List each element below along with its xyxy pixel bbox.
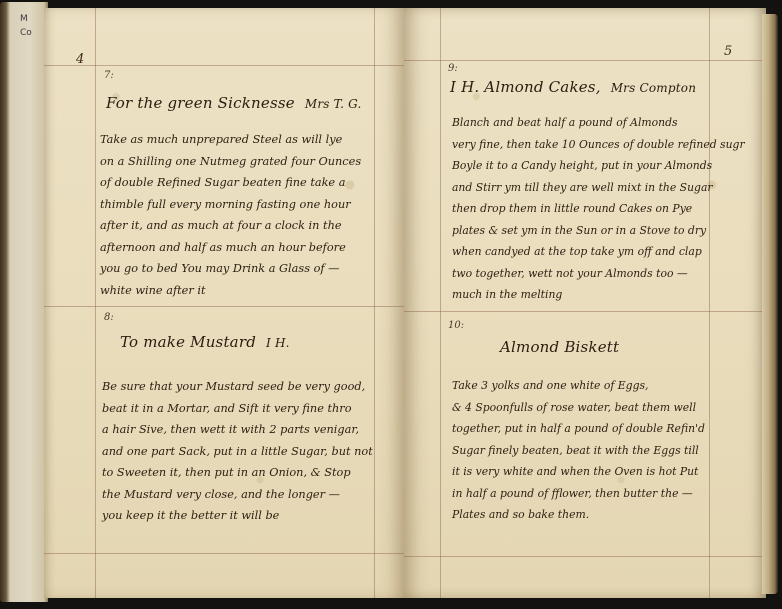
- recipe-line: Boyle it to a Candy height, put in your …: [452, 155, 745, 177]
- recipe-divider-rule: [44, 306, 404, 307]
- recipe-title-text: Almond Biskett: [500, 338, 619, 356]
- left-page: 4 7: For the green SicknesseMrs T. G. Ta…: [44, 8, 404, 598]
- recipe-line: together, put in half a pound of double …: [452, 418, 705, 440]
- recipe-title: For the green SicknesseMrs T. G.: [106, 94, 361, 112]
- recipe-line: on a Shilling one Nutmeg grated four Oun…: [100, 151, 361, 173]
- recipe-body: Take as much unprepared Steel as will ly…: [100, 129, 361, 301]
- recipe-line: plates & set ym in the Sun or in a Stove…: [452, 220, 745, 242]
- recipe-line: to Sweeten it, then put in an Onion, & S…: [102, 462, 373, 484]
- header-rule: [404, 60, 766, 61]
- recipe-title-text: To make Mustard: [120, 333, 256, 351]
- recipe-line: you keep it the better it will be: [102, 505, 373, 527]
- recipe-line: then drop them in little round Cakes on …: [452, 198, 745, 220]
- left-margin-rule: [440, 8, 441, 598]
- footer-rule: [44, 553, 404, 554]
- recipe-title: To make MustardI H.: [120, 333, 290, 351]
- page-number: 5: [724, 44, 732, 59]
- book-page-edges-right: [762, 14, 778, 594]
- recipe-body: Be sure that your Mustard seed be very g…: [102, 376, 373, 527]
- header-rule: [44, 65, 404, 66]
- recipe-line: when candyed at the top take ym off and …: [452, 241, 745, 263]
- recipe-attribution: Mrs T. G.: [305, 97, 362, 111]
- recipe-attribution: I H.: [266, 336, 290, 350]
- recipe-line: two together, wett not your Almonds too …: [452, 263, 745, 285]
- open-manuscript-book: M Co 4 7: For the green SicknesseMrs T. …: [0, 0, 782, 609]
- recipe-title-text: For the green Sicknesse: [106, 94, 295, 112]
- footer-rule: [404, 556, 766, 557]
- right-page: 5 9: I H. Almond Cakes,Mrs Compton Blanc…: [404, 8, 766, 598]
- recipe-attribution: Mrs Compton: [611, 81, 696, 95]
- recipe-body: Blanch and beat half a pound of Almonds …: [452, 112, 745, 306]
- recipe-line: and one part Sack, put in a little Sugar…: [102, 441, 373, 463]
- recipe-line: white wine after it: [100, 280, 361, 302]
- recipe-line: much in the melting: [452, 284, 745, 306]
- recipe-line: Take 3 yolks and one white of Eggs,: [452, 375, 705, 397]
- left-margin-rule: [95, 8, 96, 598]
- recipe-title-text: I H. Almond Cakes,: [450, 78, 601, 96]
- recipe-line: the Mustard very close, and the longer —: [102, 484, 373, 506]
- recipe-title: I H. Almond Cakes,Mrs Compton: [450, 78, 696, 96]
- recipe-line: beat it in a Mortar, and Sift it very fi…: [102, 398, 373, 420]
- recipe-line: and Stirr ym till they are well mixt in …: [452, 177, 745, 199]
- page-number: 4: [76, 52, 84, 67]
- recipe-number: 10:: [448, 320, 464, 331]
- recipe-line: Be sure that your Mustard seed be very g…: [102, 376, 373, 398]
- spine-label-line-2: Co: [20, 28, 32, 38]
- recipe-line: Take as much unprepared Steel as will ly…: [100, 129, 361, 151]
- recipe-line: thimble full every morning fasting one h…: [100, 194, 361, 216]
- recipe-line: Plates and so bake them.: [452, 504, 705, 526]
- recipe-line: & 4 Spoonfulls of rose water, beat them …: [452, 397, 705, 419]
- right-margin-rule: [374, 8, 375, 598]
- recipe-divider-rule: [404, 311, 766, 312]
- recipe-line: very fine, then take 10 Ounces of double…: [452, 134, 745, 156]
- recipe-line: after it, and as much at four a clock in…: [100, 215, 361, 237]
- recipe-line: of double Refined Sugar beaten fine take…: [100, 172, 361, 194]
- recipe-number: 8:: [104, 312, 114, 323]
- spine-label-line-1: M: [20, 14, 28, 24]
- book-cover-left-edge: M Co: [0, 2, 48, 602]
- recipe-line: a hair Sive, then wett it with 2 parts v…: [102, 419, 373, 441]
- recipe-line: in half a pound of fflower, then butter …: [452, 483, 705, 505]
- recipe-number: 9:: [448, 63, 458, 74]
- recipe-line: Sugar finely beaten, beat it with the Eg…: [452, 440, 705, 462]
- recipe-line: afternoon and half as much an hour befor…: [100, 237, 361, 259]
- recipe-body: Take 3 yolks and one white of Eggs, & 4 …: [452, 375, 705, 526]
- recipe-line: you go to bed You may Drink a Glass of —: [100, 258, 361, 280]
- recipe-number: 7:: [104, 70, 114, 81]
- recipe-line: it is very white and when the Oven is ho…: [452, 461, 705, 483]
- recipe-title: Almond Biskett: [500, 338, 619, 356]
- recipe-line: Blanch and beat half a pound of Almonds: [452, 112, 745, 134]
